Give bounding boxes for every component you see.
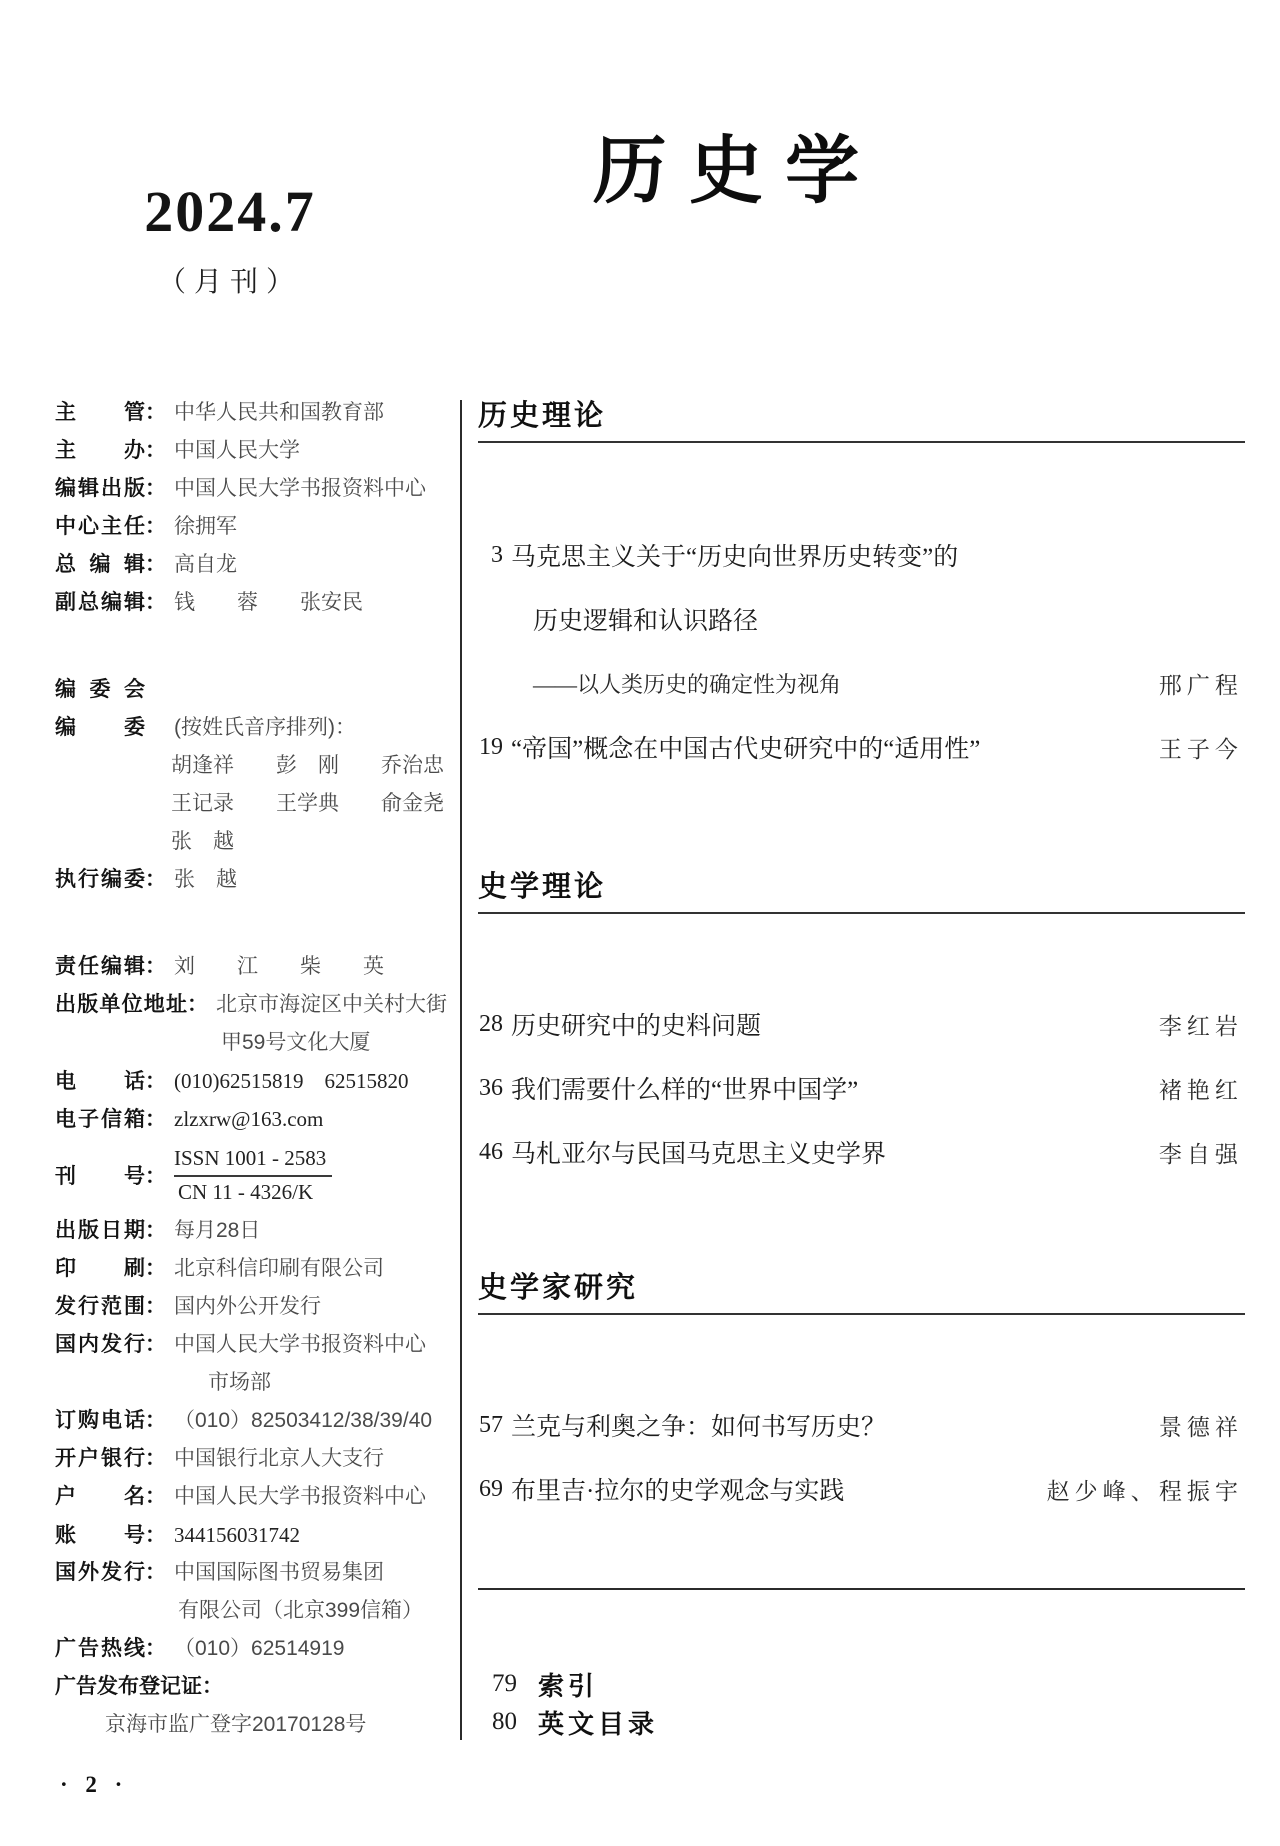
issue-frequency: （月刊） <box>50 266 410 300</box>
masthead-row: 广告热线：（010）62514919 <box>55 1630 460 1668</box>
entry-page-number: 36 <box>478 1075 503 1102</box>
masthead-row-label: 国内发行 <box>55 1326 145 1364</box>
masthead-row-colon: ： <box>145 584 166 622</box>
masthead-row-value: 中华人民共和国教育部 <box>174 394 384 432</box>
masthead-row: 电子信箱：zlzxrw@163.com <box>55 1100 460 1138</box>
masthead-row-label: 主管 <box>55 394 145 432</box>
masthead-row: 编委会 <box>55 671 460 709</box>
back-matter-title: 索引 <box>538 1666 598 1703</box>
masthead-row-value: 王记录 王学典 俞金尧 <box>171 785 444 823</box>
masthead-row-label: 印刷 <box>55 1250 145 1288</box>
row-spacer <box>55 622 460 671</box>
masthead-row: 户名：中国人民大学书报资料中心 <box>55 1478 460 1516</box>
masthead-row-value: 高自龙 <box>174 546 237 584</box>
masthead-row-label: 广告热线 <box>55 1630 145 1668</box>
masthead-row-value: 中国人民大学书报资料中心 <box>174 470 426 508</box>
masthead-row-value: （010）82503412/38/39/40 <box>174 1402 432 1440</box>
masthead-row-colon: ： <box>145 1063 166 1101</box>
masthead-row: 广告发布登记证： <box>55 1668 460 1706</box>
masthead-row-value: 甲59号文化大厦 <box>221 1024 370 1062</box>
masthead-row-label: 账号 <box>55 1517 145 1555</box>
section-entries: 3马克思主义关于“历史向世界历史转变”的历史逻辑和认识路径——以人类历史的确定性… <box>478 523 1245 779</box>
masthead-row-value: 市场部 <box>208 1364 271 1402</box>
masthead-row-colon: ： <box>145 1440 166 1478</box>
masthead-row-label: 编委 <box>55 709 145 747</box>
masthead-row: 执行编委：张 越 <box>55 861 460 899</box>
back-matter-divider-line <box>478 1588 1245 1590</box>
section-title: 历史理论 <box>478 398 1245 443</box>
masthead-row-label: 主办 <box>55 432 145 470</box>
masthead-row-value: 钱 蓉 张安民 <box>174 584 363 622</box>
masthead-row: 发行范围：国内外公开发行 <box>55 1288 460 1326</box>
toc-entry-line: 3马克思主义关于“历史向世界历史转变”的 <box>478 523 1245 587</box>
masthead-row-value: 张 越 <box>171 823 234 861</box>
back-matter-page-number: 79 <box>478 1670 538 1698</box>
masthead-row-colon: ： <box>145 394 166 432</box>
masthead-row-colon: ： <box>145 508 166 546</box>
masthead-row-colon: ： <box>187 986 208 1024</box>
section-entries: 28历史研究中的史料问题李红岩36我们需要什么样的“世界中国学”褚艳红46马札亚… <box>478 992 1245 1184</box>
masthead-row: 印刷：北京科信印刷有限公司 <box>55 1250 460 1288</box>
entry-author: 赵少峰、程振宇 <box>1047 1473 1245 1506</box>
masthead-row-colon: ： <box>145 1402 166 1440</box>
entry-page-number: 57 <box>478 1412 503 1439</box>
masthead-row: 开户银行：中国银行北京人大支行 <box>55 1440 460 1478</box>
masthead-row-label: 户名 <box>55 1478 145 1516</box>
toc-entry-line: 69布里吉·拉尔的史学观念与实践赵少峰、程振宇 <box>478 1457 1245 1521</box>
masthead-row-value: 北京市海淀区中关村大街 <box>216 986 447 1024</box>
masthead-row-value: 张 越 <box>174 861 237 899</box>
masthead-row-colon: ： <box>145 1250 166 1288</box>
entry-page-number: 19 <box>478 734 503 761</box>
masthead-row-value: (010)62515819 62515820 <box>174 1062 409 1100</box>
masthead-row: 总编辑：高自龙 <box>55 546 460 584</box>
entry-title: 历史研究中的史料问题 <box>511 1006 761 1042</box>
column-divider-line <box>460 400 462 1740</box>
masthead-row-colon: ： <box>145 432 166 470</box>
masthead-row-label: 编委会 <box>55 671 145 709</box>
masthead-row: 京海市监广登字20170128号 <box>55 1706 460 1744</box>
entry-page-number: 46 <box>478 1139 503 1166</box>
masthead-row-label: 电子信箱 <box>55 1101 145 1139</box>
page-number: · 2 · <box>60 1772 128 1798</box>
masthead-row-label: 出版单位地址 <box>55 986 187 1024</box>
entry-page-number: 69 <box>478 1476 503 1503</box>
masthead-row-colon: ： <box>145 1160 166 1190</box>
masthead-row-value: 刘 江 柴 英 <box>174 948 384 986</box>
masthead-row: 甲59号文化大厦 <box>55 1024 460 1062</box>
back-matter-page-number: 80 <box>478 1708 538 1736</box>
masthead-row-colon: ： <box>145 1288 166 1326</box>
masthead-row: 出版日期：每月28日 <box>55 1212 460 1250</box>
issn-number: ISSN 1001 - 2583 <box>174 1143 332 1177</box>
masthead-row-value: 中国人民大学书报资料中心 <box>174 1478 426 1516</box>
masthead-row: 胡逢祥 彭 刚 乔治忠 <box>55 747 460 785</box>
masthead-row-colon: ： <box>145 1478 166 1516</box>
masthead-row: 国内发行：中国人民大学书报资料中心 <box>55 1326 460 1364</box>
masthead-row-colon: ： <box>145 1630 166 1668</box>
entry-author: 王子今 <box>1159 731 1245 764</box>
masthead-row-label: 编辑出版 <box>55 470 145 508</box>
masthead-row-colon: ： <box>145 1554 166 1592</box>
masthead-row-value: 344156031742 <box>174 1516 300 1554</box>
journal-contents-page: 2024.7 （月刊） 历史学 主管：中华人民共和国教育部主办：中国人民大学编辑… <box>0 0 1280 1846</box>
entry-title: 马札亚尔与民国马克思主义史学界 <box>511 1134 886 1170</box>
masthead-row-label: 刊号 <box>55 1160 145 1190</box>
entry-title: 布里吉·拉尔的史学观念与实践 <box>511 1471 844 1507</box>
masthead-row-label: 开户银行 <box>55 1440 145 1478</box>
masthead-row: 订购电话：（010）82503412/38/39/40 <box>55 1402 460 1440</box>
masthead-row: 主办：中国人民大学 <box>55 432 460 470</box>
masthead-row-label: 订购电话 <box>55 1402 145 1440</box>
masthead-row: 市场部 <box>55 1364 460 1402</box>
masthead-row-value: 有限公司（北京399信箱） <box>178 1592 423 1630</box>
issue-number: 2024.7 <box>50 180 410 244</box>
masthead-row-label: 广告发布登记证 <box>55 1668 202 1706</box>
masthead-row-label: 国外发行 <box>55 1554 145 1592</box>
entry-title: 我们需要什么样的“世界中国学” <box>511 1070 858 1106</box>
entry-author: 景德祥 <box>1159 1409 1245 1442</box>
masthead-row-label: 发行范围 <box>55 1288 145 1326</box>
entry-title: 马克思主义关于“历史向世界历史转变”的 <box>511 537 958 573</box>
masthead-row-value: （010）62514919 <box>174 1630 344 1668</box>
entry-author: 李自强 <box>1159 1136 1245 1169</box>
masthead-row-value: (按姓氏音序排列)： <box>174 709 356 747</box>
masthead-row-value: 徐拥军 <box>174 508 237 546</box>
toc-entry-line: 19“帝国”概念在中国古代史研究中的“适用性”王子今 <box>478 715 1245 779</box>
masthead-row-value: 中国银行北京人大支行 <box>174 1440 384 1478</box>
masthead-row-label: 总编辑 <box>55 546 145 584</box>
row-spacer <box>55 899 460 948</box>
toc-entry-line: 36我们需要什么样的“世界中国学”褚艳红 <box>478 1056 1245 1120</box>
masthead-row-colon: ： <box>145 1326 166 1364</box>
masthead-row: 有限公司（北京399信箱） <box>55 1592 460 1630</box>
masthead-row-value: zlzxrw@163.com <box>174 1100 323 1138</box>
masthead-row-label: 责任编辑 <box>55 948 145 986</box>
toc-section-history-theory: 历史理论3马克思主义关于“历史向世界历史转变”的历史逻辑和认识路径——以人类历史… <box>478 398 1245 779</box>
masthead-row-colon: ： <box>145 1517 166 1555</box>
toc-section-historian-studies: 史学家研究57兰克与利奥之争：如何书写历史？景德祥69布里吉·拉尔的史学观念与实… <box>478 1270 1245 1521</box>
masthead-row-label: 出版日期 <box>55 1212 145 1250</box>
masthead-row-value: 北京科信印刷有限公司 <box>174 1250 384 1288</box>
toc-entry-line: 46马札亚尔与民国马克思主义史学界李自强 <box>478 1120 1245 1184</box>
entry-author: 李红岩 <box>1159 1008 1245 1041</box>
section-entries: 57兰克与利奥之争：如何书写历史？景德祥69布里吉·拉尔的史学观念与实践赵少峰、… <box>478 1393 1245 1521</box>
masthead-row: 副总编辑：钱 蓉 张安民 <box>55 584 460 622</box>
masthead-row-colon: ： <box>145 948 166 986</box>
masthead-row-colon: ： <box>145 861 166 899</box>
entry-title: 历史逻辑和认识路径 <box>533 601 758 637</box>
journal-title: 历史学 <box>466 122 986 222</box>
entry-title: 兰克与利奥之争：如何书写历史？ <box>511 1407 886 1443</box>
entry-author: 邢广程 <box>1159 667 1245 700</box>
toc-section-historiography-theory: 史学理论28历史研究中的史料问题李红岩36我们需要什么样的“世界中国学”褚艳红4… <box>478 869 1245 1184</box>
toc-entry-subtitle-line: ——以人类历史的确定性为视角邢广程 <box>478 651 1245 715</box>
masthead-row: 编委(按姓氏音序排列)： <box>55 709 460 747</box>
masthead-row: 王记录 王学典 俞金尧 <box>55 785 460 823</box>
masthead-row-colon: ： <box>145 546 166 584</box>
entry-title: “帝国”概念在中国古代史研究中的“适用性” <box>511 729 980 765</box>
entry-author: 褚艳红 <box>1159 1072 1245 1105</box>
masthead-row-value: 国内外公开发行 <box>174 1288 321 1326</box>
masthead-row-label: 执行编委 <box>55 861 145 899</box>
toc-entry-line: 28历史研究中的史料问题李红岩 <box>478 992 1245 1056</box>
back-matter-row: 80英文目录 <box>478 1700 998 1744</box>
masthead-row-value: 京海市监广登字20170128号 <box>105 1706 366 1744</box>
masthead-row-colon: ： <box>202 1668 223 1706</box>
toc-entry-line: 57兰克与利奥之争：如何书写历史？景德祥 <box>478 1393 1245 1457</box>
masthead-row-value: 每月28日 <box>174 1212 260 1250</box>
masthead-row: 账号：344156031742 <box>55 1516 460 1554</box>
entry-subtitle: ——以人类历史的确定性为视角 <box>533 668 841 699</box>
masthead-info-list: 主管：中华人民共和国教育部主办：中国人民大学编辑出版：中国人民大学书报资料中心中… <box>55 394 460 1744</box>
masthead-row-value: 中国人民大学书报资料中心 <box>174 1326 426 1364</box>
section-title: 史学家研究 <box>478 1270 1245 1315</box>
issue-block: 2024.7 （月刊） <box>50 180 410 300</box>
masthead-row-value: 胡逢祥 彭 刚 乔治忠 <box>171 747 444 785</box>
back-matter-title: 英文目录 <box>538 1704 658 1741</box>
toc-entry-line: 历史逻辑和认识路径 <box>478 587 1245 651</box>
masthead-row-value: 中国人民大学 <box>174 432 300 470</box>
masthead-row-label: 副总编辑 <box>55 584 145 622</box>
masthead-row-label: 中心主任 <box>55 508 145 546</box>
masthead-row: 编辑出版：中国人民大学书报资料中心 <box>55 470 460 508</box>
section-title: 史学理论 <box>478 869 1245 914</box>
masthead-row-colon: ： <box>145 1101 166 1139</box>
masthead-row: 电话：(010)62515819 62515820 <box>55 1062 460 1100</box>
issn-cn-block: ISSN 1001 - 2583CN 11 - 4326/K <box>174 1143 332 1208</box>
entry-page-number: 3 <box>478 542 503 569</box>
masthead-row-colon: ： <box>145 470 166 508</box>
masthead-row: 中心主任：徐拥军 <box>55 508 460 546</box>
cn-number: CN 11 - 4326/K <box>174 1177 332 1208</box>
entry-page-number: 28 <box>478 1011 503 1038</box>
masthead-row: 刊号：ISSN 1001 - 2583CN 11 - 4326/K <box>55 1138 460 1212</box>
masthead-row: 出版单位地址：北京市海淀区中关村大街 <box>55 986 460 1024</box>
masthead-row: 责任编辑：刘 江 柴 英 <box>55 948 460 986</box>
masthead-row: 张 越 <box>55 823 460 861</box>
masthead-row-value: 中国国际图书贸易集团 <box>174 1554 384 1592</box>
masthead-row-colon: ： <box>145 1212 166 1250</box>
masthead-row: 国外发行：中国国际图书贸易集团 <box>55 1554 460 1592</box>
masthead-row: 主管：中华人民共和国教育部 <box>55 394 460 432</box>
masthead-row-label: 电话 <box>55 1063 145 1101</box>
